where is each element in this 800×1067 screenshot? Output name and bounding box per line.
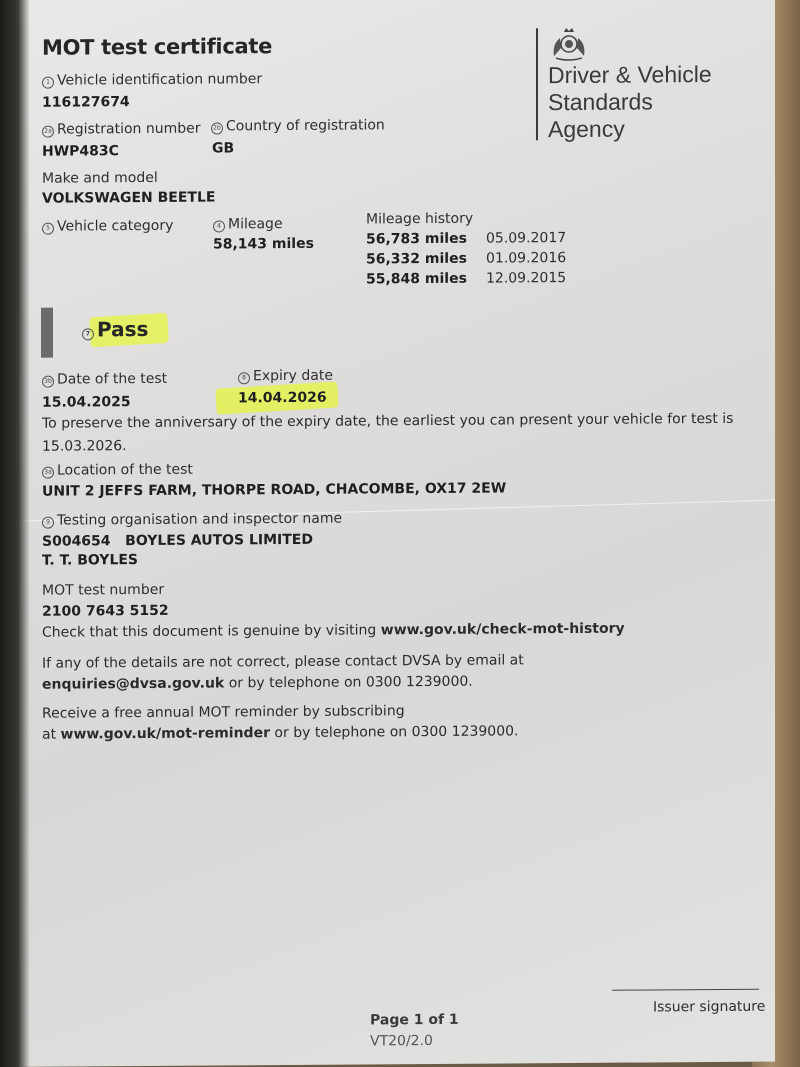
vehicle-id-value: 116127674 [42,94,130,111]
field-number-badge: 1 [42,77,54,89]
agency-name-line: Driver & Vehicle [548,61,712,89]
result-marker-bar [41,308,53,358]
test-date-label: 3bDate of the test [42,371,167,388]
field-number-badge: 8 [238,372,250,384]
field-number-badge: 9 [42,517,54,529]
location-label: 3aLocation of the test [42,462,193,479]
field-number-badge: 7 [82,328,94,340]
contact-text: If any of the details are not correct, p… [42,652,524,671]
mileage-value: 58,143 miles [213,236,314,253]
field-number-badge: 2b [211,122,223,134]
vehicle-id-label: 1Vehicle identification number [42,71,262,89]
country-value: GB [212,140,234,156]
tester-organisation: S004654 BOYLES AUTOS LIMITED [42,532,313,550]
mot-certificate-page: MOT test certificate Driver & Vehicle St… [0,0,775,1067]
royal-coat-of-arms-icon [548,26,590,62]
field-number-badge: 3b [42,376,54,388]
location-value: UNIT 2 JEFFS FARM, THORPE ROAD, CHACOMBE… [42,480,506,499]
check-mot-history-link[interactable]: www.gov.uk/check-mot-history [381,621,625,639]
anniversary-note-date: 15.03.2026. [42,438,127,455]
mileage-history-label: Mileage history [366,211,473,228]
contact-text-line2: enquiries@dvsa.gov.uk or by telephone on… [42,674,473,693]
country-label: 2bCountry of registration [211,117,385,134]
reminder-text-line2: at www.gov.uk/mot-reminder or by telepho… [42,723,518,742]
test-result: 7Pass [82,317,148,341]
agency-name-line: Standards [548,88,712,116]
mileage-history-row: 55,848 miles 12.09.2015 [366,270,566,291]
field-number-badge: 5 [42,223,54,235]
dvsa-email-link[interactable]: enquiries@dvsa.gov.uk [42,675,224,692]
mileage-history-row: 56,783 miles 05.09.2017 [366,230,566,251]
inspector-name: T. T. BOYLES [42,552,138,569]
issuer-signature-label: Issuer signature [653,999,765,1016]
mileage-history-table: 56,783 miles 05.09.2017 56,332 miles 01.… [366,230,566,291]
reminder-text: Receive a free annual MOT reminder by su… [42,703,405,722]
mot-reminder-link[interactable]: www.gov.uk/mot-reminder [61,725,270,742]
test-number-label: MOT test number [42,582,164,599]
signature-line [612,989,759,991]
form-code: VT20/2.0 [370,1033,433,1049]
page-title: MOT test certificate [42,34,272,60]
test-number-value: 2100 7643 5152 [42,603,169,620]
tester-label: 9Testing organisation and inspector name [42,511,342,529]
photo-shadow [0,0,30,1067]
registration-label: 2aRegistration number [42,121,201,138]
agency-name: Driver & Vehicle Standards Agency [548,61,712,143]
mileage-label: 4Mileage [213,216,283,232]
page-indicator: Page 1 of 1 [370,1012,459,1029]
test-date-value: 15.04.2025 [42,394,131,411]
brand-divider [536,28,538,140]
mileage-history-row: 56,332 miles 01.09.2016 [366,250,566,271]
field-number-badge: 4 [213,220,225,232]
vehicle-category-label: 5Vehicle category [42,218,173,235]
expiry-date-value: 14.04.2026 [238,390,327,407]
registration-value: HWP483C [42,143,119,160]
genuine-check-text: Check that this document is genuine by v… [42,621,625,641]
anniversary-note: To preserve the anniversary of the expir… [42,411,733,432]
field-number-badge: 3a [42,467,54,479]
field-number-badge: 2a [42,126,54,138]
make-model-value: VOLKSWAGEN BEETLE [42,189,215,206]
agency-name-line: Agency [548,115,712,143]
make-model-label: Make and model [42,170,158,187]
